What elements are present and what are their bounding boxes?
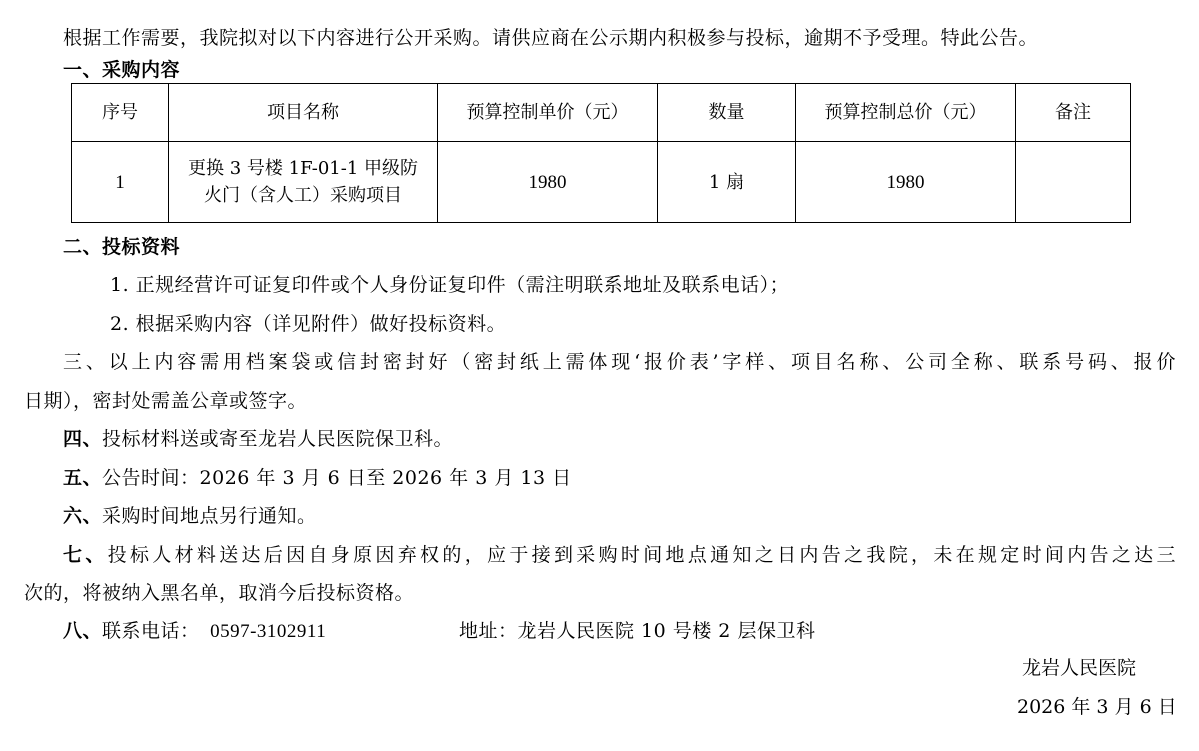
- address: 地址：龙岩人民医院 10 号楼 2 层保卫科: [459, 619, 815, 643]
- section-5-prefix: 五、: [63, 467, 102, 489]
- section-1-heading: 一、采购内容: [63, 58, 180, 82]
- cell-quantity: 1 扇: [658, 142, 796, 223]
- section-2-item-1: 1. 正规经营许可证复印件或个人身份证复印件（需注明联系地址及联系电话）；: [110, 273, 789, 297]
- section-7-prefix: 七、: [63, 544, 108, 566]
- item-name-line-1: 更换 3 号楼 1F-01-1 甲级防: [173, 155, 433, 182]
- section-4-text: 投标材料送或寄至龙岩人民医院保卫科。: [102, 428, 453, 450]
- section-8: 八、联系电话： 0597-3102911: [63, 619, 326, 644]
- header-unit-price: 预算控制单价（元）: [438, 84, 658, 142]
- header-total-price: 预算控制总价（元）: [796, 84, 1016, 142]
- section-3-line-1: 三、以上内容需用档案袋或信封密封好（密封纸上需体现‘报价表’字样、项目名称、公司…: [63, 350, 1176, 374]
- address-label: 地址：: [459, 620, 518, 642]
- cell-no: 1: [72, 142, 169, 223]
- header-quantity: 数量: [658, 84, 796, 142]
- cell-unit-price: 1980: [438, 142, 658, 223]
- table-header-row: 序号 项目名称 预算控制单价（元） 数量 预算控制总价（元） 备注: [72, 84, 1131, 142]
- section-4: 四、投标材料送或寄至龙岩人民医院保卫科。: [63, 427, 453, 451]
- cell-remark: [1016, 142, 1131, 223]
- section-8-prefix: 八、: [63, 620, 102, 642]
- signature-org: 龙岩人民医院: [1022, 656, 1136, 680]
- section-7-line-2: 次的，将被纳入黑名单，取消今后投标资格。: [24, 581, 414, 605]
- header-remark: 备注: [1016, 84, 1131, 142]
- item-name-line-2: 火门（含人工）采购项目: [173, 182, 433, 209]
- section-3-line-2: 日期），密封处需盖公章或签字。: [24, 389, 307, 413]
- intro-paragraph: 根据工作需要，我院拟对以下内容进行公开采购。请供应商在公示期内积极参与投标，逾期…: [63, 26, 1038, 50]
- section-6-prefix: 六、: [63, 505, 102, 527]
- section-2-item-2: 2. 根据采购内容（详见附件）做好投标资料。: [110, 312, 506, 336]
- phone-label: 联系电话：: [102, 620, 200, 642]
- section-2-heading: 二、投标资料: [63, 235, 180, 259]
- procurement-table: 序号 项目名称 预算控制单价（元） 数量 预算控制总价（元） 备注 1 更换 3…: [71, 83, 1131, 223]
- section-5-text: 公告时间：2026 年 3 月 6 日至 2026 年 3 月 13 日: [102, 467, 572, 489]
- table-row: 1 更换 3 号楼 1F-01-1 甲级防 火门（含人工）采购项目 1980 1…: [72, 142, 1131, 223]
- section-6-text: 采购时间地点另行通知。: [102, 505, 317, 527]
- header-no: 序号: [72, 84, 169, 142]
- cell-item-name: 更换 3 号楼 1F-01-1 甲级防 火门（含人工）采购项目: [169, 142, 438, 223]
- section-5: 五、公告时间：2026 年 3 月 6 日至 2026 年 3 月 13 日: [63, 466, 572, 490]
- section-7-text: 投标人材料送达后因自身原因弃权的，应于接到采购时间地点通知之日内告之我院，未在规…: [108, 544, 1176, 566]
- signature-date: 2026 年 3 月 6 日: [1017, 695, 1177, 719]
- section-7-line-1: 七、投标人材料送达后因自身原因弃权的，应于接到采购时间地点通知之日内告之我院，未…: [63, 543, 1176, 567]
- section-4-prefix: 四、: [63, 428, 102, 450]
- phone-number: 0597-3102911: [210, 621, 326, 642]
- header-item-name: 项目名称: [169, 84, 438, 142]
- cell-total-price: 1980: [796, 142, 1016, 223]
- address-value: 龙岩人民医院 10 号楼 2 层保卫科: [518, 620, 816, 642]
- section-6: 六、采购时间地点另行通知。: [63, 504, 317, 528]
